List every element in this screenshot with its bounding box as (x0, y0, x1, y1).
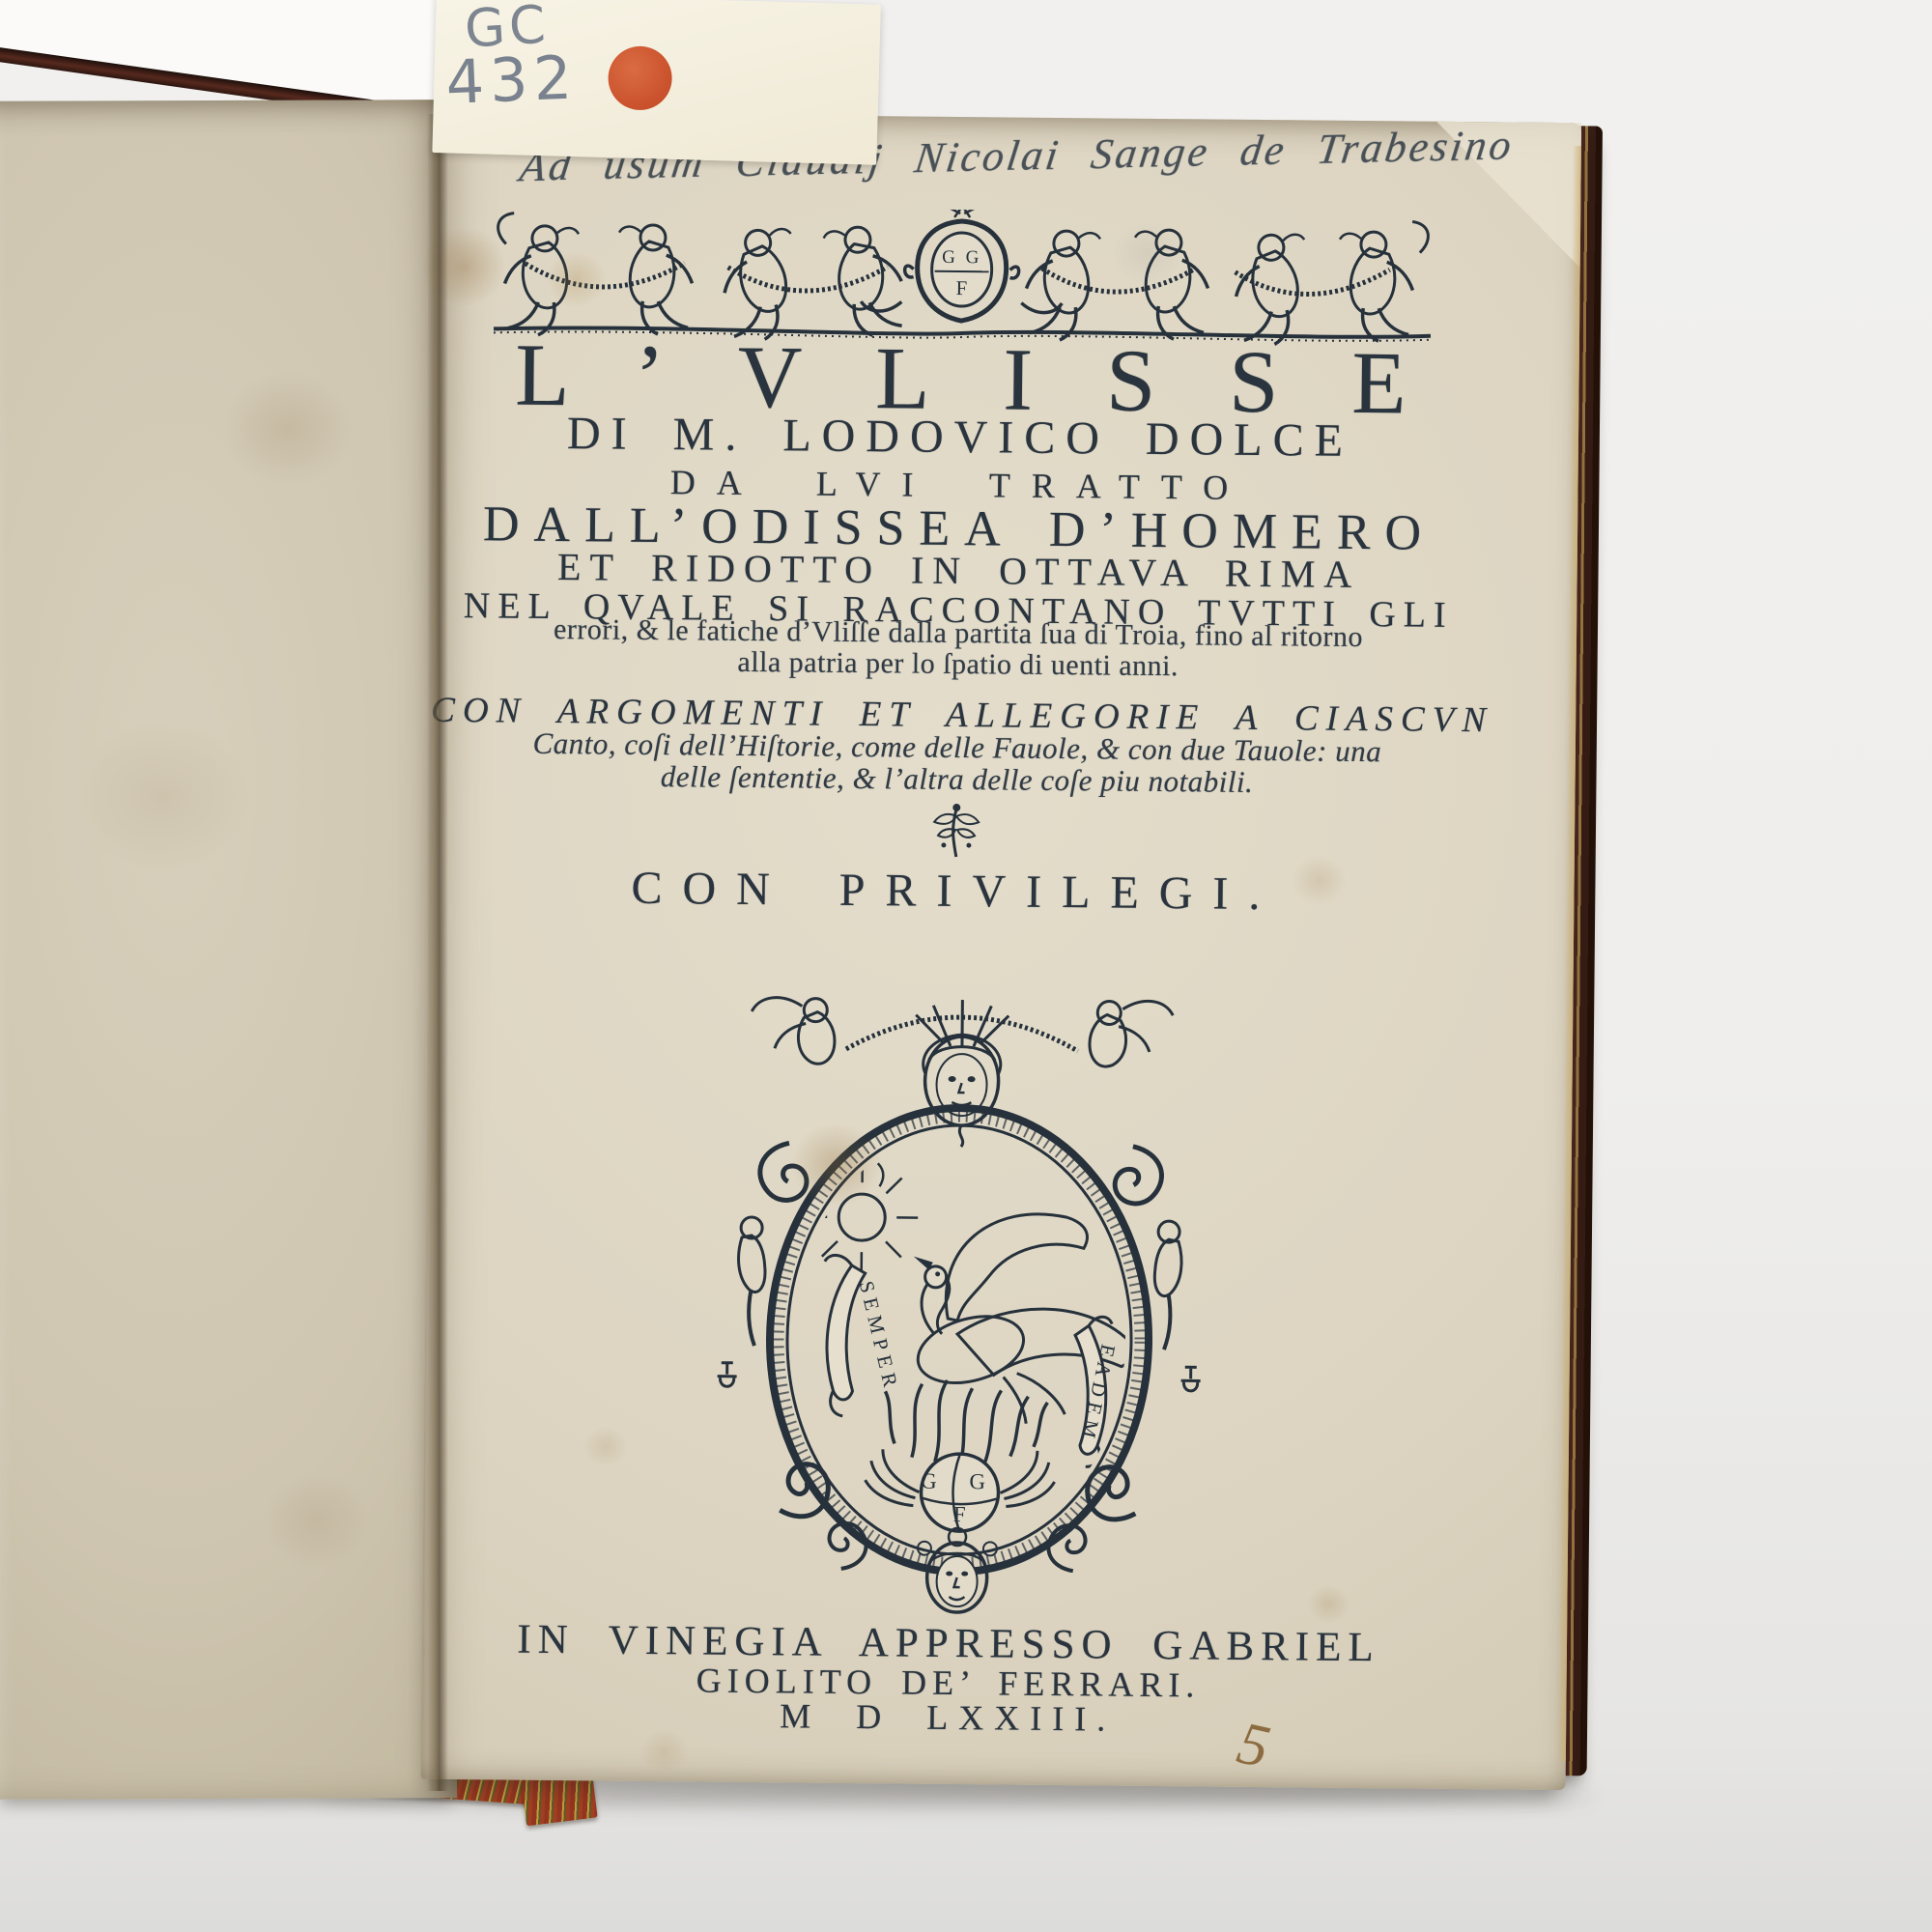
foxing-stain (220, 371, 355, 487)
printer-device-phoenix-woodcut: G G F SEMPER EADEM (696, 952, 1224, 1618)
sprig-ornament-icon (921, 801, 993, 860)
foxing-stain (582, 1425, 629, 1467)
motto-semper: SEMPER (855, 1279, 904, 1395)
motto-banderole-right: EADEM (1074, 1317, 1121, 1467)
book-gutter (427, 114, 448, 1791)
foxing-stain (76, 719, 251, 874)
frieze-monogram-gg: G G (942, 247, 981, 268)
frieze-cartouche: G G F (904, 205, 1019, 321)
privilege-line: CON PRIVILEGI. (429, 860, 1482, 923)
device-inner-scene: G G F SEMPER EADEM (803, 1161, 1135, 1533)
globe-monogram-gg: G G (921, 1469, 999, 1494)
foxing-stain (639, 1729, 690, 1774)
classification-dot (608, 45, 673, 111)
shelfmark-sticker: GC 432 (432, 0, 880, 165)
winged-globe-monogram: G G F (865, 1449, 1055, 1532)
motto-banderole-left: SEMPER (823, 1255, 905, 1416)
foxing-stain (1307, 1585, 1350, 1624)
photograph-of-open-book: Ad usum Claudij Nicolai Sange de Trabesi… (0, 0, 1932, 1932)
device-mascaron-top (923, 1035, 1001, 1148)
shelfmark-code-line2: 432 (444, 42, 579, 118)
device-mask-bottom (917, 1528, 997, 1613)
author-line: DI M. LODOVICO DOLCE (434, 406, 1487, 469)
title-page: Ad usum Claudij Nicolai Sange de Trabesi… (421, 112, 1582, 1790)
facing-blank-page (0, 99, 457, 1800)
foxing-stain (263, 1471, 369, 1568)
globe-monogram-f: F (953, 1502, 966, 1526)
frieze-monogram-f: F (956, 276, 968, 299)
